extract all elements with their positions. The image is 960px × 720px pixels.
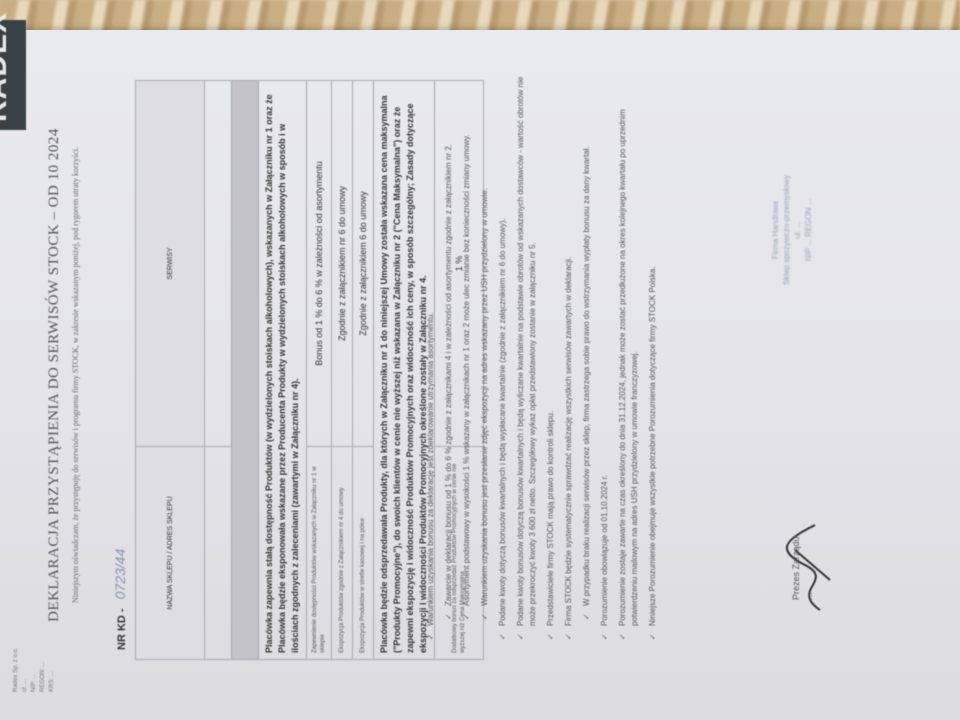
terms-item: Warunkiem uzyskania bonusu za deklarację… bbox=[425, 70, 437, 640]
row-value: Bonus od 1 % do 6 % w zależności od asor… bbox=[307, 81, 332, 447]
address-line: ul. ... bbox=[21, 602, 30, 692]
header-store: NAZWA SKLEPU / ADRES SKLEPU bbox=[136, 447, 205, 660]
table-row: Ekspozycja Produktów w strefie kasowej i… bbox=[353, 81, 374, 660]
terms-item: Asortyment podstawowy w wysokości 1 % ws… bbox=[461, 70, 473, 640]
declaration-page: RADEX Radex Sp. z o.o. ul. ... NIP: ... … bbox=[0, 30, 960, 720]
terms-item: Przedstawiciele firmy STOCK mają prawo d… bbox=[545, 70, 557, 640]
row-label: Ekspozycja Produktów w strefie kasowej i… bbox=[353, 447, 374, 660]
signer-block: Prezes Zarządu ... bbox=[790, 536, 816, 600]
document-intro: Niniejszym oświadczam, że przystępuję do… bbox=[70, 90, 81, 660]
stamp-line: Sklep spożywczo-przemysłowy bbox=[781, 150, 792, 310]
address-line: Radex Sp. z o.o. bbox=[12, 602, 21, 692]
availability-clause: Placówka zapewnia stałą dostępność Produ… bbox=[259, 81, 307, 660]
table-row: Zapewnienie dostępności Produktów wskaza… bbox=[307, 81, 332, 660]
declaration-number-label: NR KD - bbox=[116, 608, 128, 650]
terms-item: Firma STOCK będzie systematycznie sprawd… bbox=[563, 70, 575, 640]
table-spacer-row bbox=[205, 81, 232, 660]
document-title: DEKLARACJA PRZYSTĄPIENIA DO SERWISÓW STO… bbox=[46, 30, 63, 720]
terms-list: Warunkiem uzyskania bonusu za deklarację… bbox=[425, 70, 665, 640]
grey-band bbox=[232, 81, 259, 660]
header-services: SERWISY bbox=[136, 81, 205, 447]
paper-sheet: RADEX Radex Sp. z o.o. ul. ... NIP: ... … bbox=[0, 30, 960, 720]
signer-name: ... bbox=[803, 536, 816, 600]
spacer-cell bbox=[205, 81, 232, 447]
terms-item: Podane kwoty bonusów dotyczą bonusów kwa… bbox=[515, 70, 539, 640]
row-value: Zgodnie z załącznikiem nr 6 do umowy bbox=[332, 81, 353, 447]
stamp-line: ul. ... bbox=[792, 150, 803, 310]
company-stamp: Firma Handlowa Sklep spożywczo-przemysło… bbox=[770, 150, 814, 310]
stamp-line: Firma Handlowa bbox=[770, 150, 781, 310]
terms-item: Porozumienie obowiązuje od 01.10.2024 r. bbox=[599, 70, 611, 640]
row-label: Zapewnienie dostępności Produktów wskaza… bbox=[307, 447, 332, 660]
terms-item: Porozumienie zostaje zawarte na czas okr… bbox=[617, 70, 641, 640]
terms-item: Warunkiem uzyskania bonusu jest przesłan… bbox=[479, 70, 491, 640]
table-row: Placówka zapewnia stałą dostępność Produ… bbox=[259, 81, 307, 660]
signer-role: Prezes Zarządu bbox=[790, 536, 803, 600]
terms-bullets: Warunkiem uzyskania bonusu za deklarację… bbox=[425, 70, 659, 640]
terms-item: Podane kwoty dotyczą bonusów kwartalnych… bbox=[497, 70, 509, 640]
address-line: NIP: ... bbox=[30, 602, 39, 692]
declaration-number-value: 0723/44 bbox=[112, 549, 128, 600]
row-value: Zgodnie z załącznikiem 6 do umowy bbox=[353, 81, 374, 447]
table-grey-row bbox=[232, 81, 259, 660]
terms-item: W przypadku braku realizacji serwisów pr… bbox=[581, 70, 593, 640]
declaration-number: NR KD - 0723/44 bbox=[112, 549, 128, 650]
spacer-cell bbox=[205, 447, 232, 660]
company-logo: RADEX bbox=[0, 20, 26, 130]
table-header-row: NAZWA SKLEPU / ADRES SKLEPU SERWISY bbox=[136, 81, 205, 660]
terms-item: Zawarcie w deklaracji bonusu od 1 % do 6… bbox=[443, 70, 455, 640]
row-label: Ekspozycja Produktów zgodnie z Załącznik… bbox=[332, 447, 353, 660]
table-row: Ekspozycja Produktów zgodnie z Załącznik… bbox=[332, 81, 353, 660]
stamp-line: NIP ... REGON ... bbox=[803, 150, 814, 310]
terms-item: Niniejsze Porozumienie obejmuje wszystki… bbox=[647, 70, 659, 640]
